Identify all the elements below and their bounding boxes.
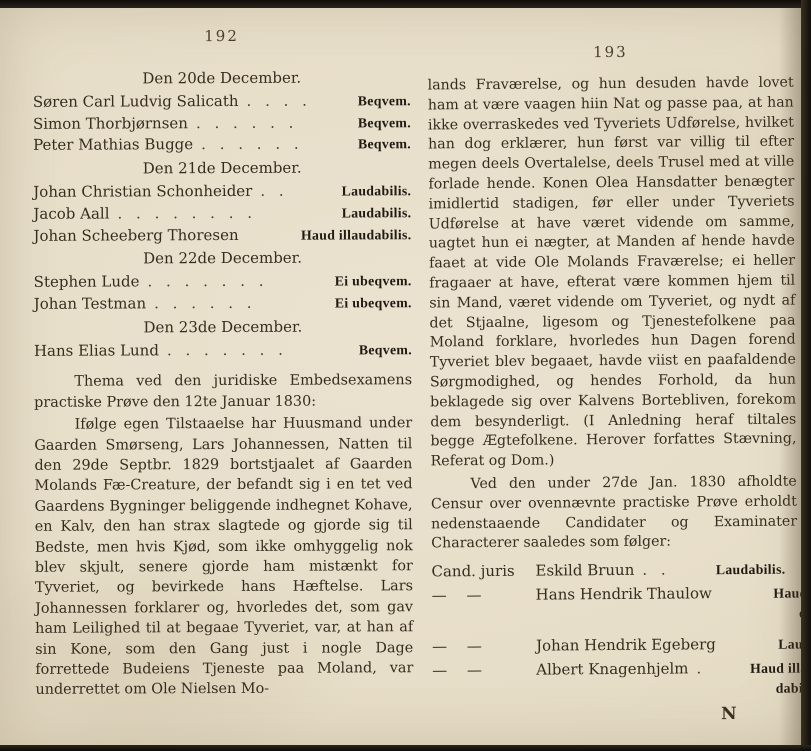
candidate-name: Simon Thorbjørnsen [33,113,188,134]
candidate-name: Hans Elias Lund [34,340,159,361]
ditto-dashes: — — [432,585,536,606]
censur-intro-paragraph: Ved den under 27de Jan. 1830 afholdte Ce… [431,472,798,554]
exam-entry: Johan Christian Schonheider . . Laudabil… [33,180,411,203]
candidate-row: — — Hans Hendrik Thaulow Haud illau- dab… [432,583,798,627]
exam-entry: Johan Scheeberg Thoresen Haud illaudabil… [33,224,411,247]
candidate-row: — — Johan Hendrik Egeberg Laudabilis. [432,634,798,658]
dot-leader: . . [252,180,341,201]
exam-grade: Beqvem. [359,340,412,361]
page-192: 192 Den 20de December. Søren Carl Ludvig… [33,27,414,701]
exam-grade: Beqvem. [358,113,411,134]
dot-leader: . . . [634,560,665,580]
case-description-paragraph: Ifølge egen Tilstaaelse har Huusmand und… [34,413,413,700]
scan-edge-right [801,0,811,751]
exam-entry: Johan Testman . . . . . . Ei ubeqvem. [34,292,412,315]
date-heading: Den 21de December. [33,157,411,179]
exam-grade: Laudabilis. [665,560,797,581]
candidate-name: Johan Hendrik Egeberg [536,634,716,655]
dot-leader: . [688,658,700,678]
case-continuation-paragraph: lands Fraværelse, og hun desuden havde l… [428,74,797,473]
exam-grade: Laudabilis. [342,203,412,224]
page-number-right: 193 [427,43,793,62]
candidate-name: Johan Scheeberg Thoresen [33,225,238,247]
exam-entry: Hans Elias Lund . . . . . . . Beqvem. [34,339,412,362]
exam-entry: Stephen Lude . . . . . . . Ei ubeqvem. [34,270,412,293]
exam-grade: Ei ubeqvem. [335,271,412,292]
dot-leader: . . . . . . . [139,271,334,293]
candidate-name: Peter Mathias Bugge [33,135,193,156]
thema-intro-paragraph: Thema ved den juridiske Embedsexamens pr… [34,371,412,413]
exam-entry: Jacob Aall . . . . . . . . Laudabilis. [33,202,411,225]
candidate-name: Stephen Lude [34,272,140,293]
dot-leader: . . . . . . [188,112,358,134]
signature-mark: N [433,704,799,727]
dot-leader: . . . . . . [193,134,358,156]
candidate-name: Eskild Bruun [535,560,634,581]
date-heading: Den 22de December. [33,248,411,270]
dot-leader: . . . . [238,90,357,111]
date-heading: Den 20de December. [33,67,411,89]
exam-entry: Søren Carl Ludvig Salicath . . . . Beqve… [33,90,411,113]
page-curve-shadow [779,0,801,751]
candidate-row: Cand. juris Eskild Bruun . . . Laudabili… [431,559,797,583]
exam-entry: Peter Mathias Bugge . . . . . . Beqvem. [33,134,411,157]
exam-grade: Ei ubeqvem. [335,293,412,314]
exam-entry: Simon Thorbjørnsen . . . . . . Beqvem. [33,112,411,135]
exam-grade: Beqvem. [358,135,411,156]
exam-grade: Beqvem. [358,91,411,112]
date-heading: Den 23de December. [34,316,412,338]
candidate-name: Jacob Aall [33,203,109,224]
candidate-name: Johan Testman [34,293,146,314]
candidate-name: Hans Hendrik Thaulow [536,583,712,604]
dot-leader: . . . . . . . [159,339,359,361]
candidate-name: Johan Christian Schonheider [33,181,252,203]
ditto-dashes: — — [432,660,536,681]
candidate-name: Albert Knagenhjelm [536,659,688,680]
scan-edge-top [0,0,811,8]
candidate-title: Cand. juris [431,561,535,582]
scanned-book-spread: 192 Den 20de December. Søren Carl Ludvig… [0,0,811,751]
exam-grade: Haud illaudabilis. [301,225,412,246]
dot-leader: . . . . . . [146,292,335,314]
exam-grade: Laudabilis. [342,181,412,202]
candidate-row: — — Albert Knagenhjelm . Haud illau- dab… [432,658,798,702]
candidate-grade-list: Cand. juris Eskild Bruun . . . Laudabili… [431,559,798,702]
dot-leader: . . . . . . . . [109,202,341,224]
ditto-dashes: — — [432,636,536,657]
page-number-left: 192 [33,27,411,45]
candidate-name: Søren Carl Ludvig Salicath [33,91,239,113]
page-193: 193 lands Fraværelse, og hun desuden hav… [427,43,798,727]
exam-results-list: Den 20de December. Søren Carl Ludvig Sal… [33,67,412,362]
scan-edge-bottom [0,745,811,751]
